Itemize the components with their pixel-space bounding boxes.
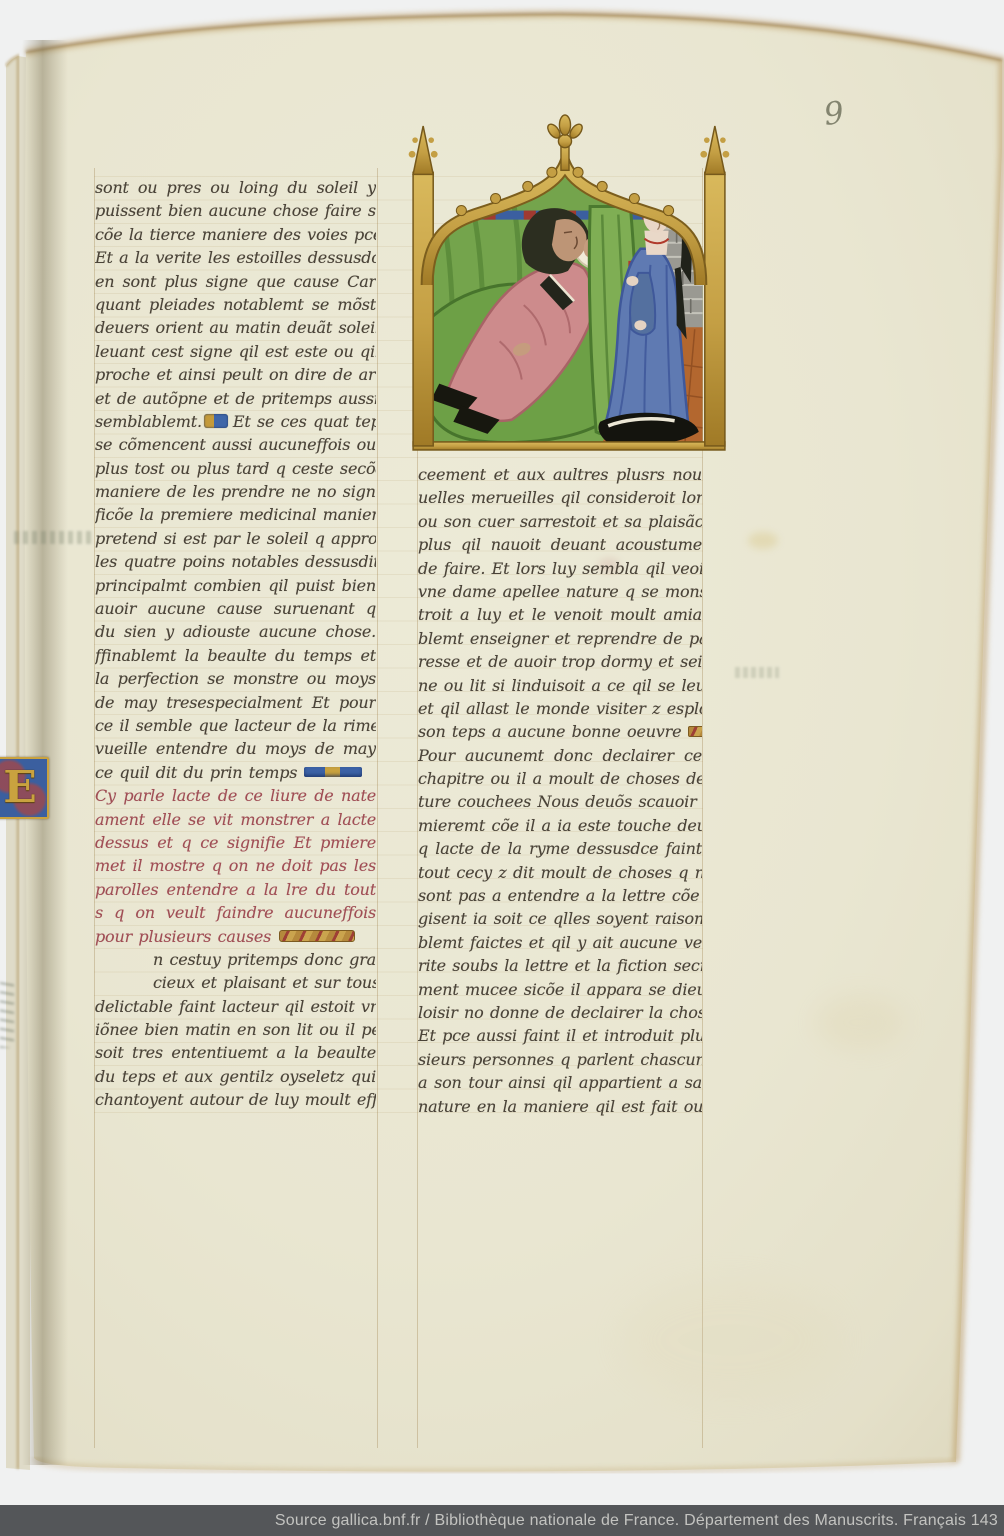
text-segment: ment mucee sicõe il appara se dieu <box>418 980 702 999</box>
manuscript-line: plus tost ou plus tard q ceste secõde <box>95 457 376 480</box>
text-segment: semblablemt. <box>95 412 202 431</box>
manuscript-line: Et pce aussi faint il et introduit plu <box>418 1024 702 1047</box>
manuscript-line: vne dame apellee nature q se mons <box>418 580 702 603</box>
text-segment: uelles merueilles qil consideroit lors <box>418 488 702 507</box>
text-segment: ceement et aux aultres plusrs nou <box>418 465 702 484</box>
manuscript-line: vueille entendre du moys de may <box>95 737 376 760</box>
manuscript-line: ce il semble que lacteur de la rime <box>95 714 376 737</box>
text-segment: du teps et aux gentilz oyseletz qui <box>95 1067 376 1086</box>
text-segment: pour plusieurs causes <box>95 927 271 946</box>
text-segment: iõnee bien matin en son lit ou il pe <box>95 1020 376 1039</box>
text-segment: a son tour ainsi qil appartient a sa <box>418 1073 702 1092</box>
text-segment: blemt faictes et qil y ait aucune ve <box>418 933 702 952</box>
manuscript-line: quant pleiades notablemt se mõst <box>95 293 376 316</box>
manuscript-line: sieurs personnes q parlent chascune <box>418 1048 702 1071</box>
manuscript-line: cieux et plaisant et sur tous <box>95 971 376 994</box>
manuscript-line: dessus et q ce signifie Et pmiere <box>95 831 376 854</box>
manuscript-line: mieremt cõe il a ia este touche deuãt <box>418 814 702 837</box>
text-segment: deuers orient au matin deuãt soleil <box>95 318 376 337</box>
manuscript-line: resse et de auoir trop dormy et seio <box>418 650 702 673</box>
manuscript-line: plus qil nauoit deuant acoustume <box>418 533 702 556</box>
manuscript-line: n cestuy pritemps donc gra <box>95 948 376 971</box>
manuscript-line: ficõe la premiere medicinal maniere <box>95 503 376 526</box>
text-segment: rite soubs la lettre et la fiction secre… <box>418 956 702 975</box>
manuscript-line: cõe la tierce maniere des voies pced. <box>95 223 376 246</box>
manuscript-line: ceement et aux aultres plusrs nou <box>418 463 702 486</box>
text-segment: en sont plus signe que cause Car <box>95 272 376 291</box>
line-filler-blue <box>304 767 362 777</box>
manuscript-line: du sien y adiouste aucune chose. <box>95 620 376 643</box>
text-segment: quant pleiades notablemt se mõst <box>95 295 376 314</box>
manuscript-line: principalmt combien qil puist bien <box>95 574 376 597</box>
manuscript-line: ffinablemt la beaulte du temps et <box>95 644 376 667</box>
text-segment: loisir no donne de declairer la chose. <box>418 1003 702 1022</box>
frame-pillar-right <box>705 172 725 446</box>
text-segment: dessus et q ce signifie Et pmiere <box>95 833 376 852</box>
manuscript-line: leuant cest signe qil est este ou qil ap <box>95 340 376 363</box>
manuscript-line: gisent ia soit ce qlles soyent raisona <box>418 907 702 930</box>
left-text-column: sont ou pres ou loing du soleil ypuissen… <box>95 176 376 1112</box>
text-segment: soit tres ententiuemt a la beaulte <box>95 1043 376 1062</box>
manuscript-line: ou son cuer sarrestoit et sa plaisãce <box>418 510 702 533</box>
manuscript-line: auoir aucune cause suruenant q <box>95 597 376 620</box>
text-segment: la perfection se monstre ou moys <box>95 669 376 688</box>
manuscript-line: chapitre ou il a moult de choses de na <box>418 767 702 790</box>
manuscript-line: proche et ainsi peult on dire de artur <box>95 363 376 386</box>
text-segment: proche et ainsi peult on dire de artur <box>95 365 376 384</box>
manuscript-line: blemt enseigner et reprendre de pa <box>418 627 702 650</box>
finial <box>545 115 584 170</box>
text-segment: gisent ia soit ce qlles soyent raisona <box>418 909 702 928</box>
text-segment: Pour aucunemt donc declairer ce <box>418 746 702 765</box>
manuscript-line: du teps et aux gentilz oyseletz qui <box>95 1065 376 1088</box>
text-segment: sieurs personnes q parlent chascune <box>418 1050 702 1069</box>
text-segment: plus tost ou plus tard q ceste secõde <box>95 459 376 478</box>
text-segment: se cõmencent aussi aucuneffois ou <box>95 435 376 454</box>
manuscript-line: delictable faint lacteur qil estoit vne <box>95 995 376 1018</box>
text-segment: du sien y adiouste aucune chose. <box>95 622 376 641</box>
text-segment: principalmt combien qil puist bien <box>95 576 376 595</box>
text-segment: delictable faint lacteur qil estoit vne <box>95 997 376 1016</box>
text-segment: ce il semble que lacteur de la rime <box>95 716 376 735</box>
gallica-footer-bar: Source gallica.bnf.fr / Bibliothèque nat… <box>0 1505 1004 1536</box>
text-segment: tout cecy z dit moult de choses q ne <box>418 863 702 882</box>
right-text-column: ceement et aux aultres plusrs nouuelles … <box>418 463 702 1118</box>
text-segment: et de autõpne et de pritemps aussi <box>95 389 376 408</box>
text-segment: chapitre ou il a moult de choses de na <box>418 769 702 788</box>
manuscript-line: chantoyent autour de luy moult effor <box>95 1088 376 1111</box>
manuscript-line: semblablemt.Et se ces quat teps <box>95 410 376 433</box>
text-segment: pretend si est par le soleil q approche <box>95 529 376 548</box>
text-segment: Cy parle lacte de ce liure de nate <box>95 786 376 805</box>
text-segment: cieux et plaisant et sur tous <box>153 973 376 992</box>
text-segment: cõe la tierce maniere des voies pced. <box>95 225 376 244</box>
manuscript-line: uelles merueilles qil consideroit lors <box>418 486 702 509</box>
text-segment: de faire. Et lors luy sembla qil veoit <box>418 559 702 578</box>
manuscript-line: nature en la maniere qil est fait ou <box>418 1095 702 1118</box>
text-segment: blemt enseigner et reprendre de pa <box>418 629 702 648</box>
manuscript-line: pretend si est par le soleil q approche <box>95 527 376 550</box>
text-segment: resse et de auoir trop dormy et seio <box>418 652 702 671</box>
manuscript-line: pour plusieurs causes <box>95 925 376 948</box>
manuscript-line: ment mucee sicõe il appara se dieu <box>418 978 702 1001</box>
text-segment: met il mostre q on ne doit pas les <box>95 856 376 875</box>
text-segment: puissent bien aucune chose faire si <box>95 201 376 220</box>
manuscript-line: et qil allast le monde visiter z esploit… <box>418 697 702 720</box>
manuscript-line: ne ou lit si linduisoit a ce qil se leua… <box>418 674 702 697</box>
manuscript-line: sont ou pres ou loing du soleil y <box>95 176 376 199</box>
text-segment: et qil allast le monde visiter z esploit… <box>418 699 702 718</box>
paraph-mark <box>204 414 228 428</box>
text-segment: auoir aucune cause suruenant q <box>95 599 376 618</box>
manuscript-line: q lacte de la ryme dessusdce faint <box>418 837 702 860</box>
manuscript-line: de faire. Et lors luy sembla qil veoit <box>418 557 702 580</box>
manuscript-line: blemt faictes et qil y ait aucune ve <box>418 931 702 954</box>
text-segment: sont pas a entendre a la lettre cõe ilz <box>418 886 702 905</box>
manuscript-line: Pour aucunemt donc declairer ce <box>418 744 702 767</box>
manuscript-line: a son tour ainsi qil appartient a sa <box>418 1071 702 1094</box>
text-segment: Et pce aussi faint il et introduit plu <box>418 1026 702 1045</box>
text-segment: leuant cest signe qil est este ou qil ap <box>95 342 376 361</box>
manuscript-line: s q on veult faindre aucuneffois <box>95 901 376 924</box>
text-segment: q lacte de la ryme dessusdce faint <box>418 839 702 858</box>
manuscript-line: ture couchees Nous deuõs scauoir p <box>418 790 702 813</box>
line-filler-braid <box>279 930 355 942</box>
hand <box>634 320 646 330</box>
text-segment: maniere de les prendre ne no signifie <box>95 482 376 501</box>
manuscript-line: tout cecy z dit moult de choses q ne <box>418 861 702 884</box>
text-segment: ficõe la premiere medicinal maniere <box>95 505 376 524</box>
pinnacle-left <box>409 126 438 174</box>
miniature-illumination <box>403 114 735 456</box>
manuscript-line: maniere de les prendre ne no signifie <box>95 480 376 503</box>
initial-letter: E <box>3 766 37 810</box>
manuscript-line: les quatre poins notables dessusditz <box>95 550 376 573</box>
text-segment: Et a la verite les estoilles dessusdces <box>95 248 376 267</box>
text-segment: ament elle se vit monstrer a lacte <box>95 810 376 829</box>
text-segment: les quatre poins notables dessusditz <box>95 552 376 571</box>
gutter-shadow <box>22 40 68 1465</box>
text-segment: n cestuy pritemps donc gra <box>153 950 376 969</box>
manuscript-line: ament elle se vit monstrer a lacte <box>95 808 376 831</box>
manuscript-line: se cõmencent aussi aucuneffois ou <box>95 433 376 456</box>
folio-number: 9 <box>822 91 876 133</box>
frame-sill <box>413 442 725 450</box>
manuscript-line: en sont plus signe que cause Car <box>95 270 376 293</box>
text-segment: plus qil nauoit deuant acoustume <box>418 535 702 554</box>
pinnacle-right <box>700 126 729 174</box>
manuscript-line: ce quil dit du prin temps <box>95 761 376 784</box>
text-segment: ture couchees Nous deuõs scauoir p <box>418 792 702 811</box>
source-attribution: Source gallica.bnf.fr / Bibliothèque nat… <box>275 1512 998 1530</box>
manuscript-line: de may tresespecialment Et pour <box>95 691 376 714</box>
manuscript-line: son teps a aucune bonne oeuvre <box>418 720 702 743</box>
text-segment: mieremt cõe il a ia este touche deuãt <box>418 816 702 835</box>
text-segment: sont ou pres ou loing du soleil y <box>95 178 376 197</box>
manuscript-line: Et a la verite les estoilles dessusdces <box>95 246 376 269</box>
ruling-line <box>377 168 378 1448</box>
hand <box>626 276 638 286</box>
text-segment: ffinablemt la beaulte du temps et <box>95 646 376 665</box>
manuscript-line: troit a luy et le venoit moult amia <box>418 603 702 626</box>
text-segment: vne dame apellee nature q se mons <box>418 582 702 601</box>
text-segment: de may tresespecialment Et pour <box>95 693 376 712</box>
manuscript-line: soit tres ententiuemt a la beaulte <box>95 1041 376 1064</box>
text-segment: ou son cuer sarrestoit et sa plaisãce <box>418 512 702 531</box>
text-segment: nature en la maniere qil est fait ou <box>418 1097 702 1116</box>
manuscript-line: Cy parle lacte de ce liure de nate <box>95 784 376 807</box>
manuscript-line: met il mostre q on ne doit pas les <box>95 854 376 877</box>
illuminated-initial: E <box>0 757 49 819</box>
text-segment: troit a luy et le venoit moult amia <box>418 605 702 624</box>
manuscript-line: la perfection se monstre ou moys <box>95 667 376 690</box>
frame-pillar-left <box>413 172 433 446</box>
manuscript-line: deuers orient au matin deuãt soleil <box>95 316 376 339</box>
text-segment: son teps a aucune bonne oeuvre <box>418 722 681 741</box>
text-segment: vueille entendre du moys de may <box>95 739 376 758</box>
manuscript-line: et de autõpne et de pritemps aussi <box>95 387 376 410</box>
line-filler-small <box>688 726 702 737</box>
manuscript-line: sont pas a entendre a la lettre cõe ilz <box>418 884 702 907</box>
manuscript-line: rite soubs la lettre et la fiction secre… <box>418 954 702 977</box>
text-segment: chantoyent autour de luy moult effor <box>95 1090 376 1109</box>
text-segment: Et se ces quat teps <box>233 412 376 431</box>
text-segment: ce quil dit du prin temps <box>95 763 297 782</box>
manuscript-line: parolles entendre a la lre du tout <box>95 878 376 901</box>
manuscript-line: loisir no donne de declairer la chose. <box>418 1001 702 1024</box>
text-segment: ne ou lit si linduisoit a ce qil se leua… <box>418 676 702 695</box>
text-segment: parolles entendre a la lre du tout <box>95 880 376 899</box>
manuscript-line: puissent bien aucune chose faire si <box>95 199 376 222</box>
text-segment: s q on veult faindre aucuneffois <box>95 903 376 922</box>
manuscript-line: iõnee bien matin en son lit ou il pe <box>95 1018 376 1041</box>
